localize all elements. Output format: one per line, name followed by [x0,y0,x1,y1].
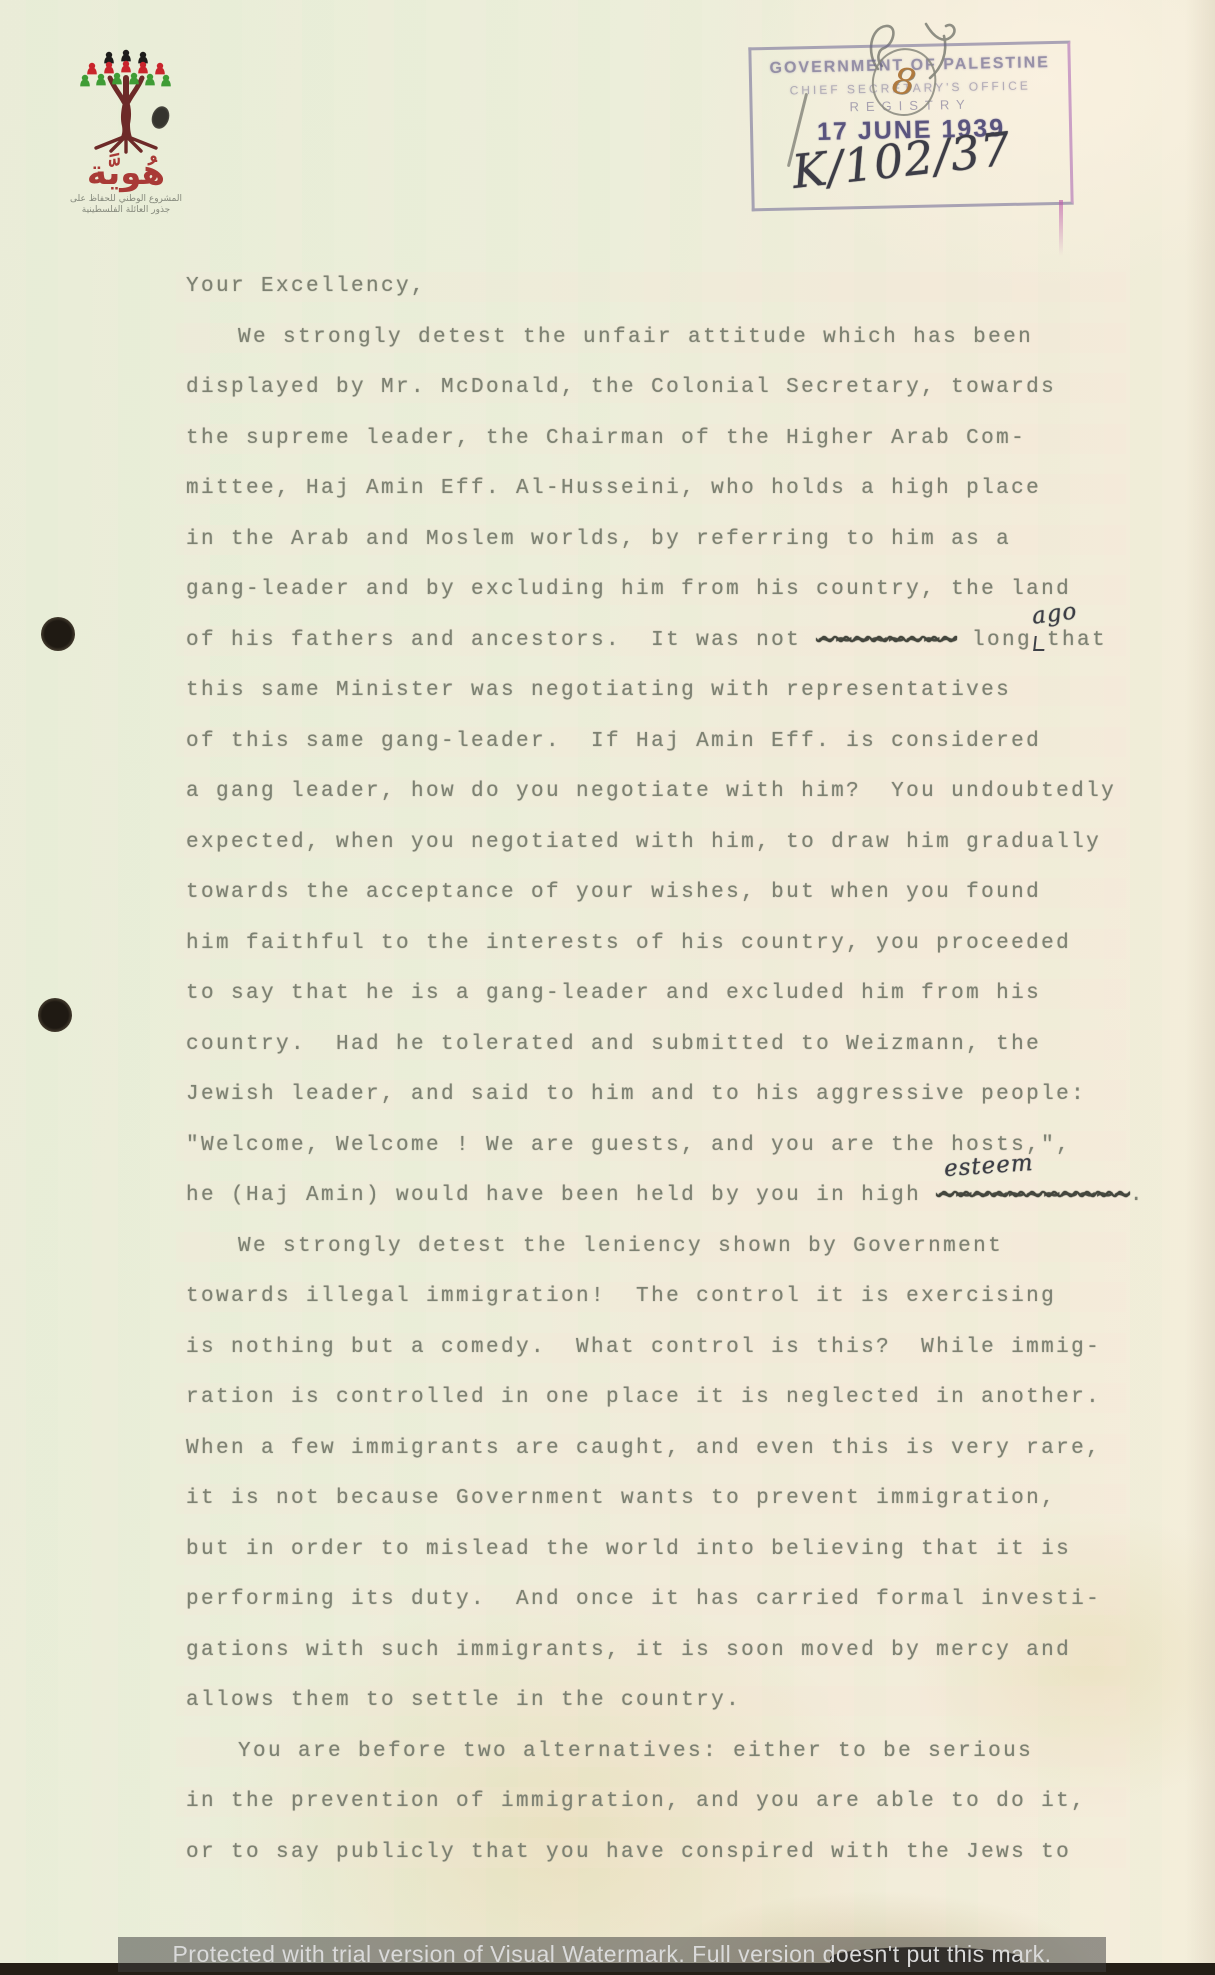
typed-line: of his fathers and ancestors. It was not… [186,616,1166,667]
logo-arabic-subtitle: المشروع الوطني للحفاظ على جذور العائلة ا… [60,194,192,216]
typed-line: but in order to mislead the world into b… [186,1525,1166,1576]
scribbled-out-word: ~~~~~~~~ [816,627,957,651]
typed-line: or to say publicly that you have conspir… [186,1828,1166,1879]
typed-text: "Welcome, Welcome ! We are guests, and y… [186,1134,1071,1157]
typed-line: ration is controlled in one place it is … [186,1373,1166,1424]
typed-line: country. Had he tolerated and submitted … [186,1020,1166,1071]
logo-arabic-title: هُويَّة [60,156,192,190]
typed-line: Your Excellency, [186,262,1166,313]
typed-text: him faithful to the interests of his cou… [186,932,1071,955]
typed-line: in the prevention of immigration, and yo… [186,1777,1166,1828]
typed-text: You are before two alternatives: either … [238,1740,1033,1763]
scan-edge-shading [1185,0,1215,1975]
typed-text: of his fathers and ancestors. It was not [186,629,816,652]
typed-line: to say that he is a gang-leader and excl… [186,969,1166,1020]
typed-line: the supreme leader, the Chairman of the … [186,414,1166,465]
watermark-bar: Protected with trial version of Visual W… [118,1937,1106,1972]
typed-text: We strongly detest the unfair attitude w… [238,326,1033,349]
typed-text: Jewish leader, and said to him and to hi… [186,1083,1086,1106]
typed-text: in the prevention of immigration, and yo… [186,1790,1086,1813]
typed-text: to say that he is a gang-leader and excl… [186,982,1041,1005]
typed-text: We strongly detest the leniency shown by… [238,1235,1003,1258]
typed-line: of this same gang-leader. If Haj Amin Ef… [186,717,1166,768]
typed-line: he (Haj Amin) would have been held by yo… [186,1171,1166,1222]
typed-text: mittee, Haj Amin Eff. Al-Husseini, who h… [186,477,1041,500]
typed-text: When a few immigrants are caught, and ev… [186,1437,1101,1460]
typed-line: expected, when you negotiated with him, … [186,818,1166,869]
typed-text: . [1130,1184,1145,1207]
handwritten-correction: ~~~~~~~~~~~esteem [936,1171,1130,1222]
typed-line: towards illegal immigration! The control… [186,1272,1166,1323]
typed-text: in the Arab and Moslem worlds, by referr… [186,528,1011,551]
huwiyya-logo: هُويَّة المشروع الوطني للحفاظ على جذور ا… [60,48,192,216]
typed-text: allows them to settle in the country. [186,1689,741,1712]
typed-text: towards the acceptance of your wishes, b… [186,881,1041,904]
typed-text: is nothing but a comedy. What control is… [186,1336,1101,1359]
typed-line: You are before two alternatives: either … [186,1727,1166,1778]
typed-line: mittee, Haj Amin Eff. Al-Husseini, who h… [186,464,1166,515]
typed-text: this same Minister was negotiating with … [186,679,1011,702]
typed-line: him faithful to the interests of his cou… [186,919,1166,970]
typed-text: displayed by Mr. McDonald, the Colonial … [186,376,1056,399]
typed-text: country. Had he tolerated and submitted … [186,1033,1041,1056]
typed-line: When a few immigrants are caught, and ev… [186,1424,1166,1475]
typed-line: displayed by Mr. McDonald, the Colonial … [186,363,1166,414]
typed-text: long [957,629,1032,652]
logo-subtitle-line1: المشروع الوطني للحفاظ على [60,194,192,205]
typed-text: expected, when you negotiated with him, … [186,831,1101,854]
typed-line: a gang leader, how do you negotiate with… [186,767,1166,818]
typed-text: that [1047,629,1107,652]
typed-text: towards illegal immigration! The control… [186,1285,1056,1308]
typed-text: of this same gang-leader. If Haj Amin Ef… [186,730,1041,753]
typed-line: in the Arab and Moslem worlds, by referr… [186,515,1166,566]
typed-line: this same Minister was negotiating with … [186,666,1166,717]
handwritten-word: esteem [942,1138,1035,1195]
typed-line: We strongly detest the unfair attitude w… [186,313,1166,364]
typed-line: Jewish leader, and said to him and to hi… [186,1070,1166,1121]
typed-text: it is not because Government wants to pr… [186,1487,1056,1510]
typed-line: it is not because Government wants to pr… [186,1474,1166,1525]
typed-line: gang-leader and by excluding him from hi… [186,565,1166,616]
people-tree-icon [78,48,174,154]
scanned-letter-page: هُويَّة المشروع الوطني للحفاظ على جذور ا… [0,0,1215,1975]
typed-text: a gang leader, how do you negotiate with… [186,780,1116,803]
handwritten-insertion: ago [1032,616,1047,667]
typed-line: We strongly detest the leniency shown by… [186,1222,1166,1273]
typed-line: gations with such immigrants, it is soon… [186,1626,1166,1677]
typed-text: or to say publicly that you have conspir… [186,1841,1071,1864]
typed-text: gations with such immigrants, it is soon… [186,1639,1071,1662]
punch-hole [41,617,75,651]
typed-text: but in order to mislead the world into b… [186,1538,1071,1561]
letter-body: Your Excellency,We strongly detest the u… [186,262,1166,1878]
typed-text: he (Haj Amin) would have been held by yo… [186,1184,936,1207]
typed-text: Your Excellency, [186,275,426,298]
typed-line: is nothing but a comedy. What control is… [186,1323,1166,1374]
typed-text: gang-leader and by excluding him from hi… [186,578,1071,601]
typed-text: ration is controlled in one place it is … [186,1386,1101,1409]
logo-subtitle-line2: جذور العائلة الفلسطينية [60,205,192,216]
ink-streak [1059,200,1063,256]
typed-line: allows them to settle in the country. [186,1676,1166,1727]
typed-line: towards the acceptance of your wishes, b… [186,868,1166,919]
typed-text: the supreme leader, the Chairman of the … [186,427,1026,450]
typed-text: performing its duty. And once it has car… [186,1588,1101,1611]
typed-line: performing its duty. And once it has car… [186,1575,1166,1626]
punch-hole [38,998,72,1032]
